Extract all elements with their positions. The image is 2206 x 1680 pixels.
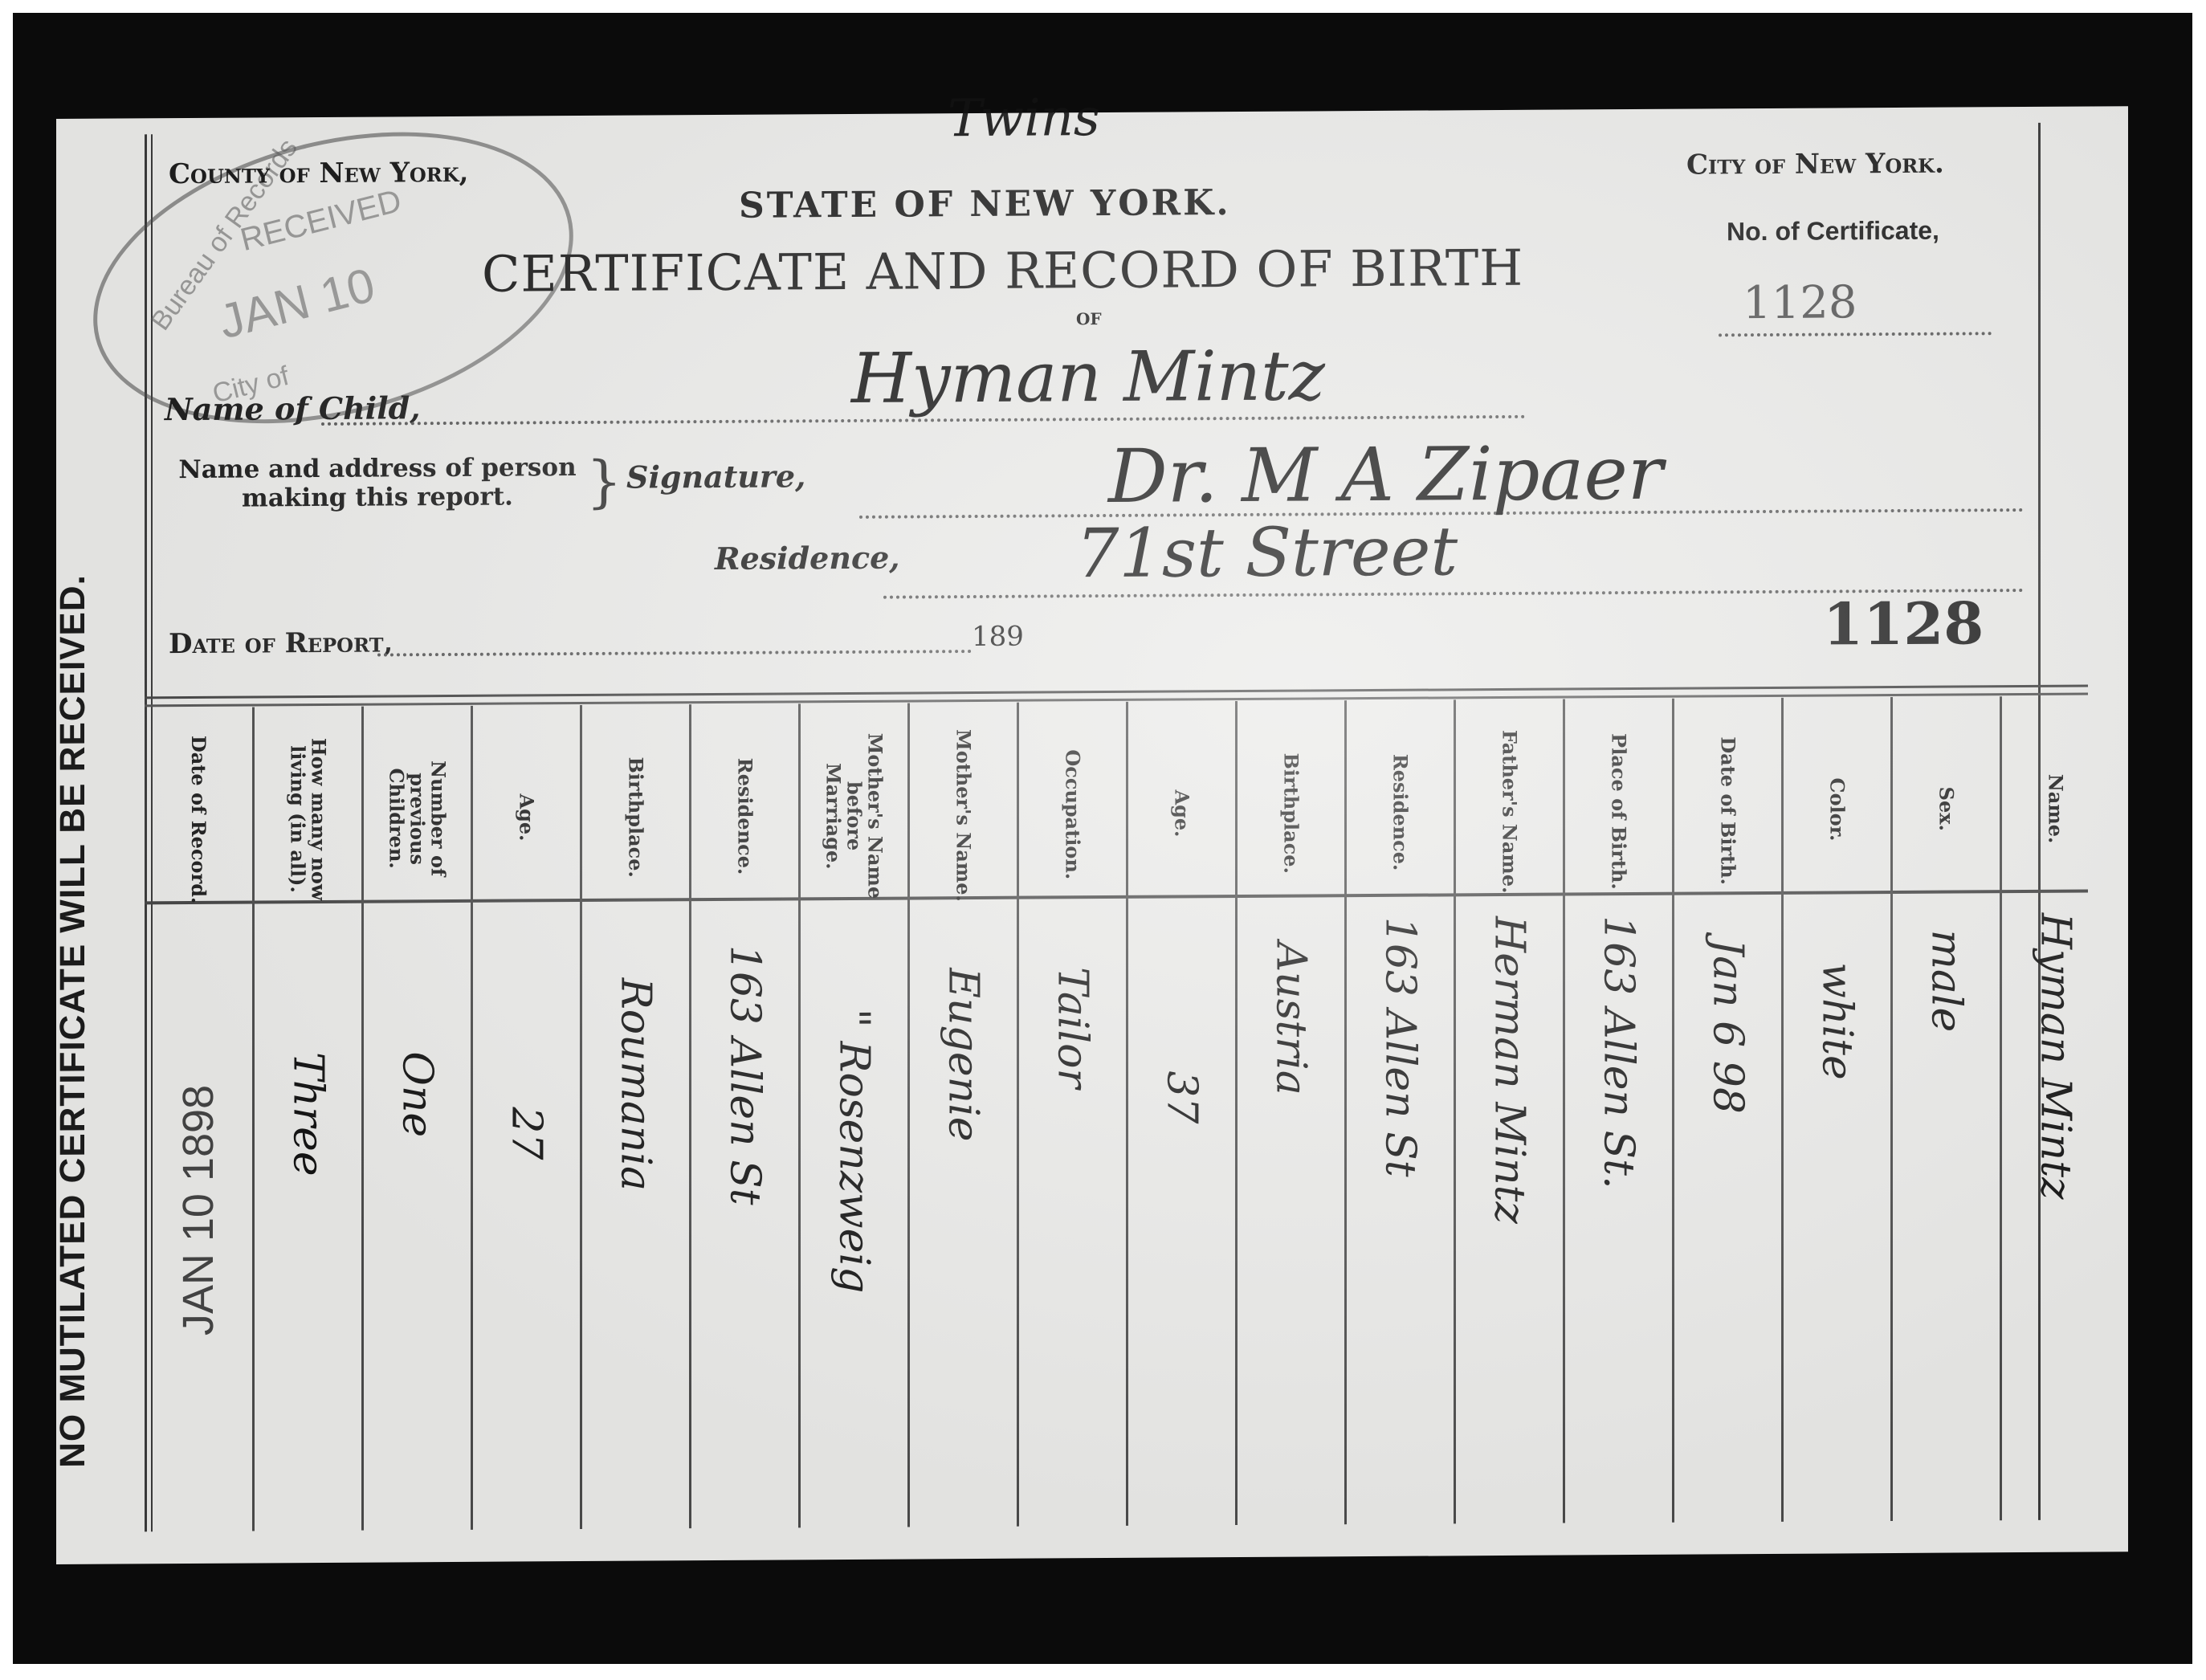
name-of-child-value: Hyman Mintz [851, 336, 1325, 419]
father-age-value: 37 [1158, 1070, 1206, 1124]
mother-age-value: 27 [503, 1107, 551, 1160]
column-father-occupation: Occupation. Tailor [1019, 702, 1126, 1527]
father-occupation-value: Tailor [1049, 967, 1097, 1088]
column-mother-residence: Residence. 163 Allen St [691, 703, 798, 1528]
column-mother-birthplace: Birthplace. Roumania [582, 704, 689, 1529]
column-header: Birthplace. [1281, 752, 1302, 873]
sex-value: male [1923, 929, 1971, 1032]
reporter-brace: } [586, 449, 622, 515]
column-place-of-birth: Place of Birth. 163 Allen St. [1565, 699, 1672, 1523]
column-previous-children: Number of previous Children. One [364, 706, 471, 1531]
column-header: Birthplace. [626, 756, 646, 877]
residence-label: Residence, [715, 540, 900, 577]
mother-name-value: Eugenie [940, 968, 988, 1142]
place-of-birth-value: 163 Allen St. [1595, 915, 1643, 1189]
mother-birthplace-value: Roumania [612, 977, 660, 1191]
column-header: Age. [516, 794, 537, 842]
column-date-of-record: Date of Record. JAN 10 1898 [145, 707, 252, 1532]
column-color: Color. white [1784, 697, 1890, 1522]
column-header: Mother's Name before Marriage. [823, 728, 886, 904]
column-father-residence: Residence. 163 Allen St [1347, 699, 1454, 1524]
certificate-number-line [1719, 332, 1992, 336]
column-how-many-living: How many now living (in all). Three [255, 707, 361, 1531]
certificate-number-stamped: 1128 [1823, 589, 1984, 658]
column-father-age: Age. 37 [1128, 701, 1235, 1526]
column-header: Father's Name. [1499, 730, 1520, 894]
previous-children-value: One [393, 1051, 442, 1137]
birth-certificate: NO MUTILATED CERTIFICATE WILL BE RECEIVE… [56, 106, 2128, 1564]
column-date-of-birth: Date of Birth. Jan 6 98 [1674, 698, 1781, 1523]
certificate-title: CERTIFICATE AND RECORD OF BIRTH [482, 239, 1523, 304]
child-name-value: Hyman Mintz [2032, 913, 2080, 1200]
column-header: How many now living (in all). [287, 731, 329, 907]
certificate-number-label: No. of Certificate, [1727, 216, 1939, 247]
father-birthplace-value: Austria [1267, 941, 1315, 1095]
stamp-date: JAN 10 [214, 257, 381, 350]
father-name-value: Herman Mintz [1486, 916, 1534, 1224]
date-of-report-label: Date of Report, [169, 626, 393, 660]
date-of-report-year: 189 [972, 621, 1024, 653]
column-header: Residence. [1390, 754, 1411, 871]
column-header: Date of Birth. [1718, 736, 1739, 885]
signature-label: Signature, [626, 458, 805, 495]
how-many-living-value: Three [284, 1052, 332, 1176]
column-header: Occupation. [1062, 749, 1083, 879]
date-of-record-value: JAN 10 1898 [173, 1085, 223, 1336]
county-label: County of New York, [169, 157, 468, 190]
record-table: Date of Record. JAN 10 1898 How many now… [145, 685, 2088, 1532]
date-of-birth-value: Jan 6 98 [1704, 939, 1752, 1114]
column-header: Color. [1827, 778, 1848, 842]
date-of-report-line [377, 650, 972, 657]
column-sex: Sex. male [1893, 696, 2000, 1521]
column-mother-name: Mother's Name. Eugenie [910, 703, 1017, 1527]
column-header: Sex. [1936, 787, 1957, 831]
color-value: white [1813, 962, 1861, 1080]
twins-annotation: Twins [948, 88, 1100, 149]
city-label: City of New York. [1686, 148, 1944, 181]
reporter-label: Name and address of person making this r… [169, 453, 586, 513]
column-mother-maiden-name: Mother's Name before Marriage. " Rosenzw… [801, 703, 907, 1528]
father-residence-value: 163 Allen St [1376, 917, 1425, 1177]
column-father-name: Father's Name. Herman Mintz [1456, 699, 1563, 1524]
title-of: OF [1076, 309, 1102, 328]
signature-value: Dr. M A Zipaer [1108, 430, 1663, 520]
column-name: Name. Hyman Mintz [2002, 695, 2109, 1520]
column-header: Age. [1172, 790, 1193, 838]
certificate-number-handwritten: 1128 [1743, 276, 1857, 329]
column-mother-age: Age. 27 [473, 705, 580, 1530]
column-header: Place of Birth. [1609, 733, 1629, 890]
mother-residence-value: 163 Allen St [721, 945, 769, 1205]
side-notice: NO MUTILATED CERTIFICATE WILL BE RECEIVE… [53, 215, 101, 1468]
column-header: Date of Record. [188, 736, 209, 904]
column-header: Residence. [735, 758, 756, 875]
column-header: Name. [2045, 773, 2066, 843]
mother-maiden-name-value: " Rosenzweig [830, 1009, 879, 1294]
residence-value: 71st Street [1076, 512, 1458, 593]
state-heading: STATE OF NEW YORK. [739, 182, 1231, 226]
column-header: Number of previous Children. [386, 730, 449, 907]
column-header: Mother's Name. [953, 729, 974, 902]
column-father-birthplace: Birthplace. Austria [1238, 700, 1344, 1525]
